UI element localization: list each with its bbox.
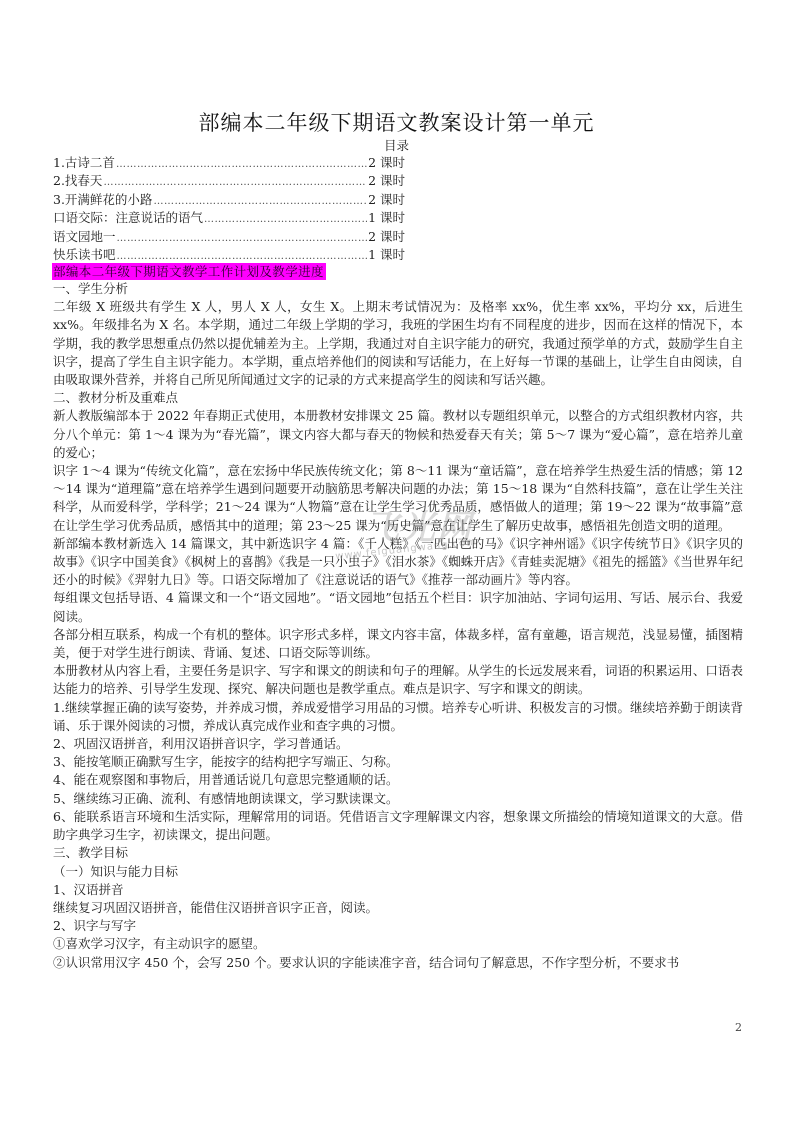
toc-entry: 快乐读书吧 1 课时 [53, 246, 405, 264]
toc-entry-value: 1 课时 [368, 209, 405, 227]
paragraph: 各部分相互联系，构成一个有机的整体。识字形式多样，课文内容丰富，体裁多样，富有童… [53, 626, 743, 662]
list-item: 1.继续掌握正确的读写姿势，并养成习惯，养成爱惜学习用品的习惯。培养专心听讲、积… [53, 699, 743, 735]
section-heading: 三、教学目标 [53, 844, 743, 862]
list-item: ①喜欢学习汉字，有主动识字的愿望。 [53, 935, 743, 953]
list-item: 5、继续练习正确、流利、有感情地朗读课文，学习默读课文。 [53, 790, 743, 808]
paragraph: 新部编本教材新选入 14 篇课文，其中新选识字 4 篇：《千人糕》《一匹出色的马… [53, 535, 743, 590]
toc-entry-value: 2 课时 [368, 191, 405, 209]
toc-heading: 目录 [0, 138, 793, 154]
list-item: ②认识常用汉字 450 个，会写 250 个。要求认识的字能读准字音，结合词句了… [53, 954, 743, 972]
toc-leader-dots [204, 211, 367, 229]
highlighted-section-heading: 部编本二年级下期语文教学工作计划及教学进度 [52, 263, 326, 280]
toc-entry-value: 2 课时 [368, 172, 405, 190]
toc-entry-value: 2 课时 [368, 228, 405, 246]
paragraph: 二年级 X 班级共有学生 X 人，男人 X 人，女生 X。上期末考试情况为：及格… [53, 298, 743, 389]
toc-entry: 2.找春天 2 课时 [53, 172, 405, 190]
subsection-heading: （一）知识与能力目标 [53, 863, 743, 881]
paragraph: 识字 1～4 课为“传统文化篇”，意在宏扬中华民族传统文化；第 8～11 课为“… [53, 462, 743, 535]
section-heading: 二、教材分析及重难点 [53, 389, 743, 407]
toc-entry: 语文园地一 2 课时 [53, 228, 405, 246]
paragraph: 新人教版编部本于 2022 年春期正式使用，本册教材安排课文 25 篇。教材以专… [53, 407, 743, 462]
toc-entry-value: 2 课时 [368, 154, 405, 172]
document-title: 部编本二年级下期语文教案设计第一单元 [0, 108, 793, 138]
paragraph: 本册教材从内容上看，主要任务是识字、写字和课文的朗读和句子的理解。从学生的长远发… [53, 662, 743, 698]
toc-entry-label: 语文园地一 [53, 228, 116, 246]
list-item: 3、能按笔顺正确默写生字，能按字的结构把字写端正、匀称。 [53, 753, 743, 771]
page-number: 2 [735, 1021, 742, 1034]
list-item: 6、能联系语言环境和生活实际，理解常用的词语。凭借语言文字理解课文内容，想象课文… [53, 808, 743, 844]
paragraph: 每组课文包括导语、4 篇课文和一个“语文园地”。“语文园地”包括五个栏目：识字加… [53, 589, 743, 625]
table-of-contents: 1.古诗二首 2 课时 2.找春天 2 课时 3.开满鲜花的小路 2 课时 口语… [53, 154, 405, 264]
list-item: 2、巩固汉语拼音，利用汉语拼音识字，学习普通话。 [53, 735, 743, 753]
toc-entry-value: 1 课时 [368, 246, 405, 264]
toc-entry-label: 1.古诗二首 [53, 154, 115, 172]
subsection-heading: 2、识字与写字 [53, 917, 743, 935]
toc-entry-label: 口语交际：注意说话的语气 [53, 209, 203, 227]
document-body: 一、学生分析 二年级 X 班级共有学生 X 人，男人 X 人，女生 X。上期末考… [53, 280, 743, 972]
toc-entry-label: 2.找春天 [53, 172, 102, 190]
toc-entry-label: 3.开满鲜花的小路 [53, 191, 152, 209]
paragraph: 继续复习巩固汉语拼音，能借住汉语拼音识字正音，阅读。 [53, 899, 743, 917]
list-item: 4、能在观察图和事物后，用普通话说几句意思完整通顺的话。 [53, 771, 743, 789]
toc-entry-label: 快乐读书吧 [53, 246, 116, 264]
subsection-heading: 1、汉语拼音 [53, 881, 743, 899]
section-heading: 一、学生分析 [53, 280, 743, 298]
toc-entry: 3.开满鲜花的小路 2 课时 [53, 191, 405, 209]
toc-entry: 口语交际：注意说话的语气 1 课时 [53, 209, 405, 227]
toc-leader-dots [117, 230, 368, 248]
document-page: 部编本二年级下期语文教案设计第一单元 目录 1.古诗二首 2 课时 2.找春天 … [0, 0, 793, 1122]
toc-leader-dots [116, 156, 367, 174]
toc-entry: 1.古诗二首 2 课时 [53, 154, 405, 172]
